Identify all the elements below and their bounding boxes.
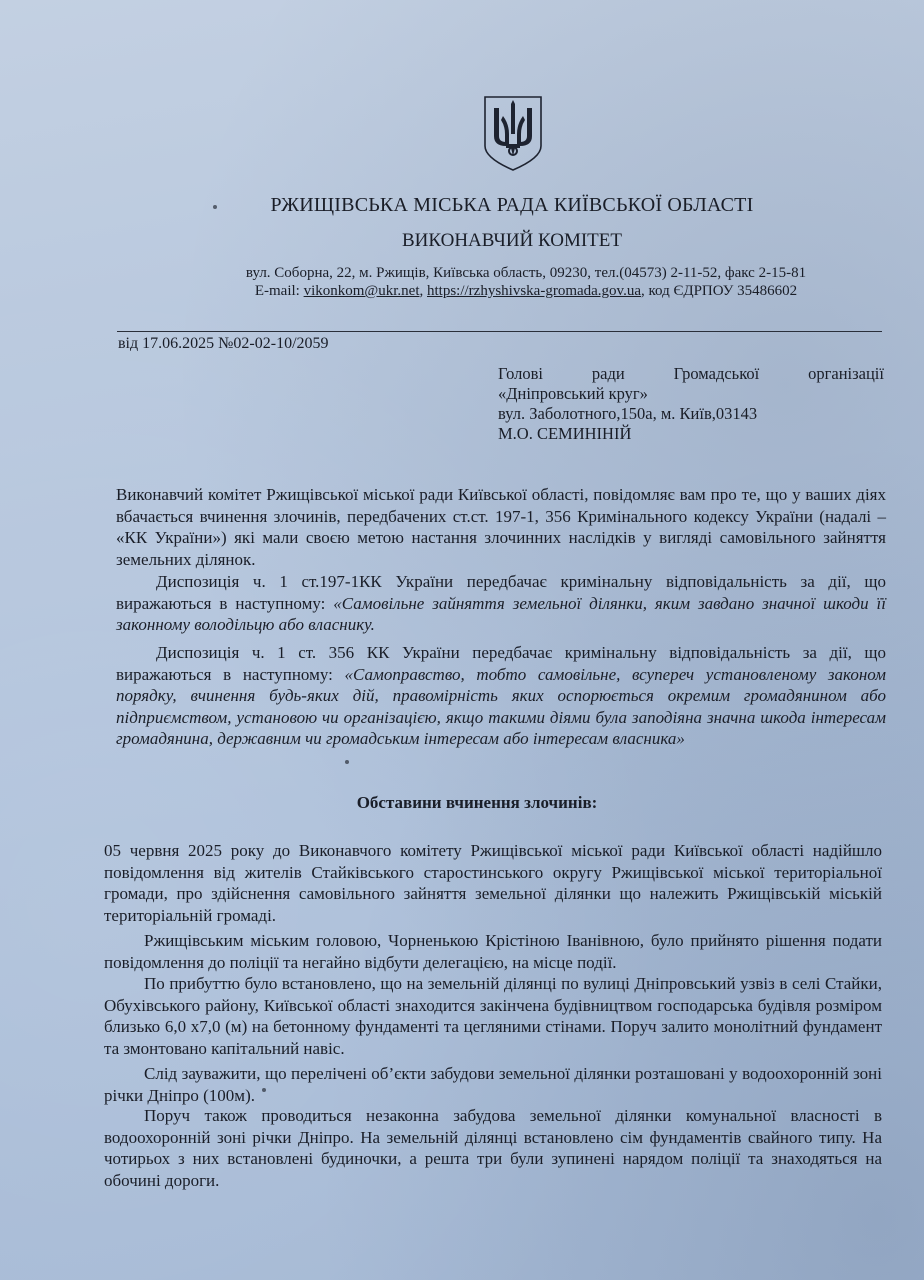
paragraph-report: 05 червня 2025 року до Виконавчого коміт…	[104, 840, 882, 926]
address-line: вул. Соборна, 22, м. Ржищів, Київська об…	[64, 264, 924, 282]
paragraph-illegal-construction: Поруч також проводиться незаконна забудо…	[104, 1105, 882, 1191]
email-link[interactable]: vikonkom@ukr.net	[304, 283, 420, 299]
paragraph-decision: Ржищівським міським головою, Чорненькою …	[104, 930, 882, 973]
recipient-address: вул. Заболотного,150а, м. Київ,03143	[498, 404, 884, 424]
header-divider	[117, 331, 882, 332]
contact-block: вул. Соборна, 22, м. Ржищів, Київська об…	[64, 264, 924, 300]
paragraph-water-zone: Слід зауважити, що перелічені об’єкти за…	[104, 1063, 882, 1106]
paragraph-article-197: Диспозиція ч. 1 ст.197-1КК України перед…	[116, 571, 886, 636]
paragraph-intro: Виконавчий комітет Ржищівської міської р…	[116, 484, 886, 570]
council-name: РЖИЩІВСЬКА МІСЬКА РАДА КИЇВСЬКОЇ ОБЛАСТІ	[50, 194, 924, 217]
paper-speck	[262, 1088, 266, 1092]
recipient-org: «Дніпровський круг»	[498, 384, 884, 404]
paper-speck	[345, 760, 349, 764]
paper-speck	[213, 205, 217, 209]
email-label: E-mail:	[255, 283, 304, 299]
contact-line: E-mail: vikonkom@ukr.net, https://rzhysh…	[64, 282, 924, 300]
recipient-block: Голові ради Громадської організації «Дні…	[498, 364, 884, 444]
section-title: Обставини вчинення злочинів:	[0, 793, 924, 813]
recipient-title: Голові ради Громадської організації	[498, 364, 884, 384]
paragraph-article-356: Диспозиція ч. 1 ст. 356 КК України перед…	[116, 642, 886, 750]
paragraph-findings: По прибуттю було встановлено, що на земе…	[104, 973, 882, 1059]
trident-coat-of-arms-icon	[482, 94, 544, 172]
recipient-name: М.О. СЕМИНІНІЙ	[498, 424, 884, 444]
website-link[interactable]: https://rzhyshivska-gromada.gov.ua	[427, 283, 641, 299]
edrpou-code: , код ЄДРПОУ 35486602	[641, 283, 797, 299]
document-page: РЖИЩІВСЬКА МІСЬКА РАДА КИЇВСЬКОЇ ОБЛАСТІ…	[0, 0, 924, 1280]
committee-name: ВИКОНАВЧИЙ КОМІТЕТ	[50, 230, 924, 252]
outgoing-number: від 17.06.2025 №02-02-10/2059	[118, 335, 329, 353]
